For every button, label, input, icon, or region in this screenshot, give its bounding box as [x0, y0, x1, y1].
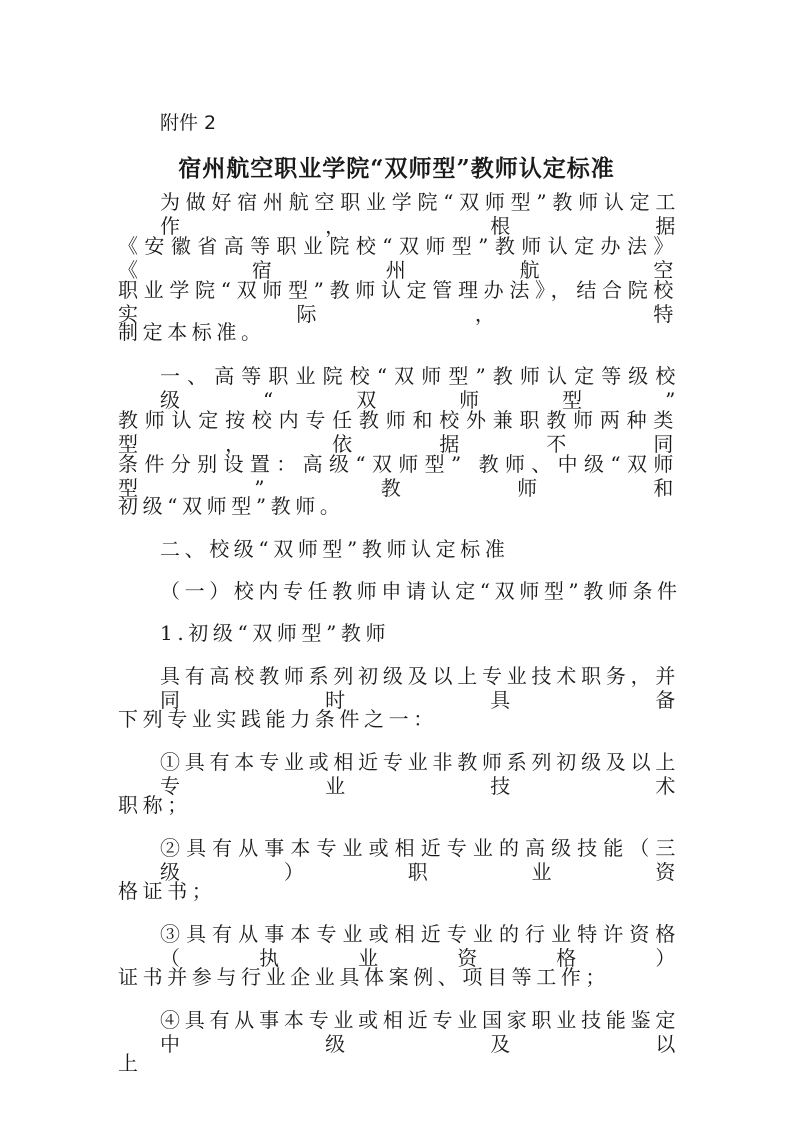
paragraph-line: 《安徽省高等职业院校“双师型”教师认定办法》《宿州航空	[118, 234, 678, 282]
paragraph-line: 初级“双师型”教师。	[118, 494, 678, 518]
attachment-label: 附件 2	[160, 108, 216, 135]
list-item-line: ①具有本专业或相近专业非教师系列初级及以上专业技术	[160, 750, 680, 798]
list-item-line: 格证书；	[118, 879, 678, 903]
paragraph-line: 条件分别设置：高级“双师型” 教师、中级“双师型”教师和	[118, 452, 678, 500]
list-item-line: ③具有从事本专业或相近专业的行业特许资格（执业资格）	[160, 922, 680, 970]
list-item-line: ②具有从事本专业或相近专业的高级技能（三级）职业资	[160, 836, 680, 884]
section-heading: 一、高等职业院校“双师型”教师认定等级校级“双师型”	[160, 364, 680, 412]
list-item-line: 证书并参与行业企业具体案例、项目等工作；	[118, 965, 678, 989]
subsection-heading: 1.初级“双师型”教师	[160, 621, 680, 645]
section-heading: 二、校级“双师型”教师认定标准	[160, 537, 680, 561]
list-item-line: 上	[118, 1051, 678, 1075]
list-item-line: 职称；	[118, 793, 678, 817]
paragraph-line: 教师认定按校内专任教师和校外兼职教师两种类型，依据不同	[118, 408, 678, 456]
list-item-line: ④具有从事本专业或相近专业国家职业技能鉴定中级及以	[160, 1008, 680, 1056]
paragraph-line: 为做好宿州航空职业学院“双师型”教师认定工作，根据	[160, 190, 680, 238]
paragraph-line: 职业学院“双师型”教师认定管理办法》，结合院校实际，特	[118, 278, 678, 326]
document-title: 宿州航空职业学院“双师型”教师认定标准	[0, 150, 793, 183]
paragraph-line: 下列专业实践能力条件之一：	[118, 707, 678, 731]
paragraph-line: 制定本标准。	[118, 320, 678, 344]
paragraph-line: 具有高校教师系列初级及以上专业技术职务，并同时具备	[160, 664, 680, 712]
document-page: 附件 2 宿州航空职业学院“双师型”教师认定标准 为做好宿州航空职业学院“双师型…	[0, 0, 793, 1122]
subsection-heading: （一）校内专任教师申请认定“双师型”教师条件	[160, 579, 680, 603]
